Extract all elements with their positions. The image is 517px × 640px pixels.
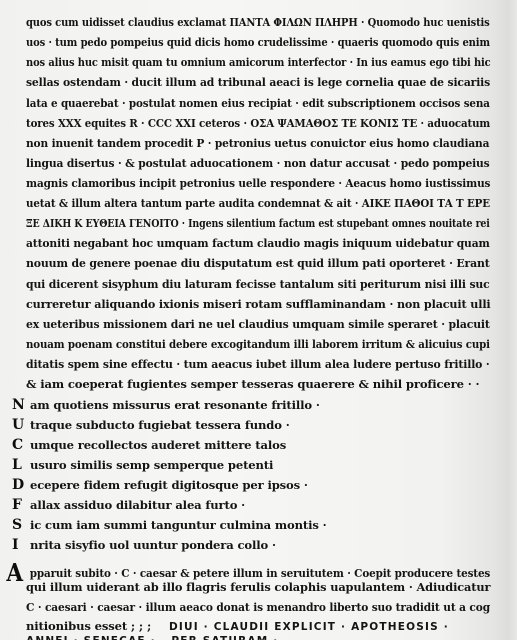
prose-line: ex ueteribus missionem dari ne uel claud… <box>26 317 460 331</box>
prose-line: uetat & illum altera tantum parte audita… <box>26 196 438 210</box>
verse-text: umque recollectos auderet mittere talos <box>30 438 286 452</box>
verse-line: Sic cum iam summi tanguntur culmina mont… <box>12 518 327 532</box>
prose-line: nos alius huc misit quam tu omnium amico… <box>26 55 424 69</box>
prose-line: qui dicerent sisyphum diu laturam feciss… <box>26 277 461 291</box>
prose-line: lata e quaerebat · postulat nomen eius r… <box>26 96 441 110</box>
explicit-author-line: ANNEI · SENECAE · PER SATURAM · <box>26 634 278 640</box>
verse-initial: C <box>12 438 30 452</box>
prose-line: tores XXX equites R · CCC XXI ceteros · … <box>26 116 436 130</box>
verse-text: usuro similis semp semperque petenti <box>30 458 273 472</box>
verse-initial: N <box>12 398 30 412</box>
prose-line: attoniti negabant hoc umquam factum clau… <box>26 236 456 250</box>
verse-initial: L <box>12 458 30 472</box>
closing-text: nitionibus esset ; ; ; <box>26 619 151 633</box>
prose-line: quos cum uidisset claudius exclamat ΠΑΝΤ… <box>26 15 424 29</box>
prose-line: non inuenit tandem procedit P · petroniu… <box>26 136 451 150</box>
prose-line: lingua disertus · & postulat aduocatione… <box>26 156 455 170</box>
explicit-subtitle: PER SATURAM · <box>171 635 278 640</box>
prose-line: nouum de genere poenae diu disputatum es… <box>26 256 463 270</box>
prose-line: ditatis spem sine effectu · tum aeacus i… <box>26 357 462 371</box>
verse-initial: F <box>12 498 30 512</box>
verse-line: Fallax assiduo dilabitur alea furto · <box>12 498 245 512</box>
verse-line: Nam quotiens missurus erat resonante fri… <box>12 398 320 412</box>
verse-text: am quotiens missurus erat resonante frit… <box>30 398 320 412</box>
verse-text: allax assiduo dilabitur alea furto · <box>30 498 245 512</box>
verse-initial: I <box>12 538 30 552</box>
verse-text: nrita sisyfio uol uuntur pondera collo · <box>30 538 276 552</box>
prose-line: ΞΕ ΔΙΚΗ Κ ΕΥΘΕΙΑ ΓΕΝΟΙΤΟ · Ingens silent… <box>26 216 405 230</box>
prose-line: & iam coeperat fugientes semper tesseras… <box>26 377 479 391</box>
closing-line: qui illum uiderant ab illo flagris ferul… <box>26 580 482 594</box>
closing-line: nitionibus esset ; ; ; DIUI · CLAUDII EX… <box>26 619 449 634</box>
verse-initial: U <box>12 418 30 432</box>
prose-line: sellas ostendam · ducit illum ad tribuna… <box>26 75 458 89</box>
prose-line: uos · tum pedo pompeius quid dicis homo … <box>26 35 426 49</box>
verse-line: Utraque subducto fugiebat tessera fundo … <box>12 418 290 432</box>
verse-line: Cumque recollectos auderet mittere talos <box>12 438 286 452</box>
prose-line: curreretur aliquando ixionis miseri rota… <box>26 297 474 311</box>
closing-line: Apparuit subito · C · caesar & petere il… <box>10 560 440 580</box>
closing-line: C · caesari · caesar · illum aeaco donat… <box>26 600 451 614</box>
explicit-author: ANNEI · SENECAE · <box>26 635 156 640</box>
verse-line: Inrita sisyfio uol uuntur pondera collo … <box>12 538 276 552</box>
verse-line: Lusuro similis semp semperque petenti <box>12 458 273 472</box>
verse-text: traque subducto fugiebat tessera fundo · <box>30 418 290 432</box>
verse-text: ecepere fidem refugit digitosque per ips… <box>30 478 308 492</box>
closing-text: pparuit subito · C · caesar & petere ill… <box>30 566 490 580</box>
page-edge-shadow <box>495 0 517 640</box>
prose-line: nouam poenam constitui debere excogitand… <box>26 337 436 351</box>
verse-initial: D <box>12 478 30 492</box>
manuscript-page: quos cum uidisset claudius exclamat ΠΑΝΤ… <box>0 0 517 640</box>
verse-text: ic cum iam summi tanguntur culmina monti… <box>30 518 327 532</box>
verse-line: Decepere fidem refugit digitosque per ip… <box>12 478 308 492</box>
verse-initial: S <box>12 518 30 532</box>
explicit-title: DIUI · CLAUDII EXPLICIT · APOTHEOSIS · <box>169 621 449 633</box>
prose-line: magnis clamoribus incipit petronius uell… <box>26 176 446 190</box>
